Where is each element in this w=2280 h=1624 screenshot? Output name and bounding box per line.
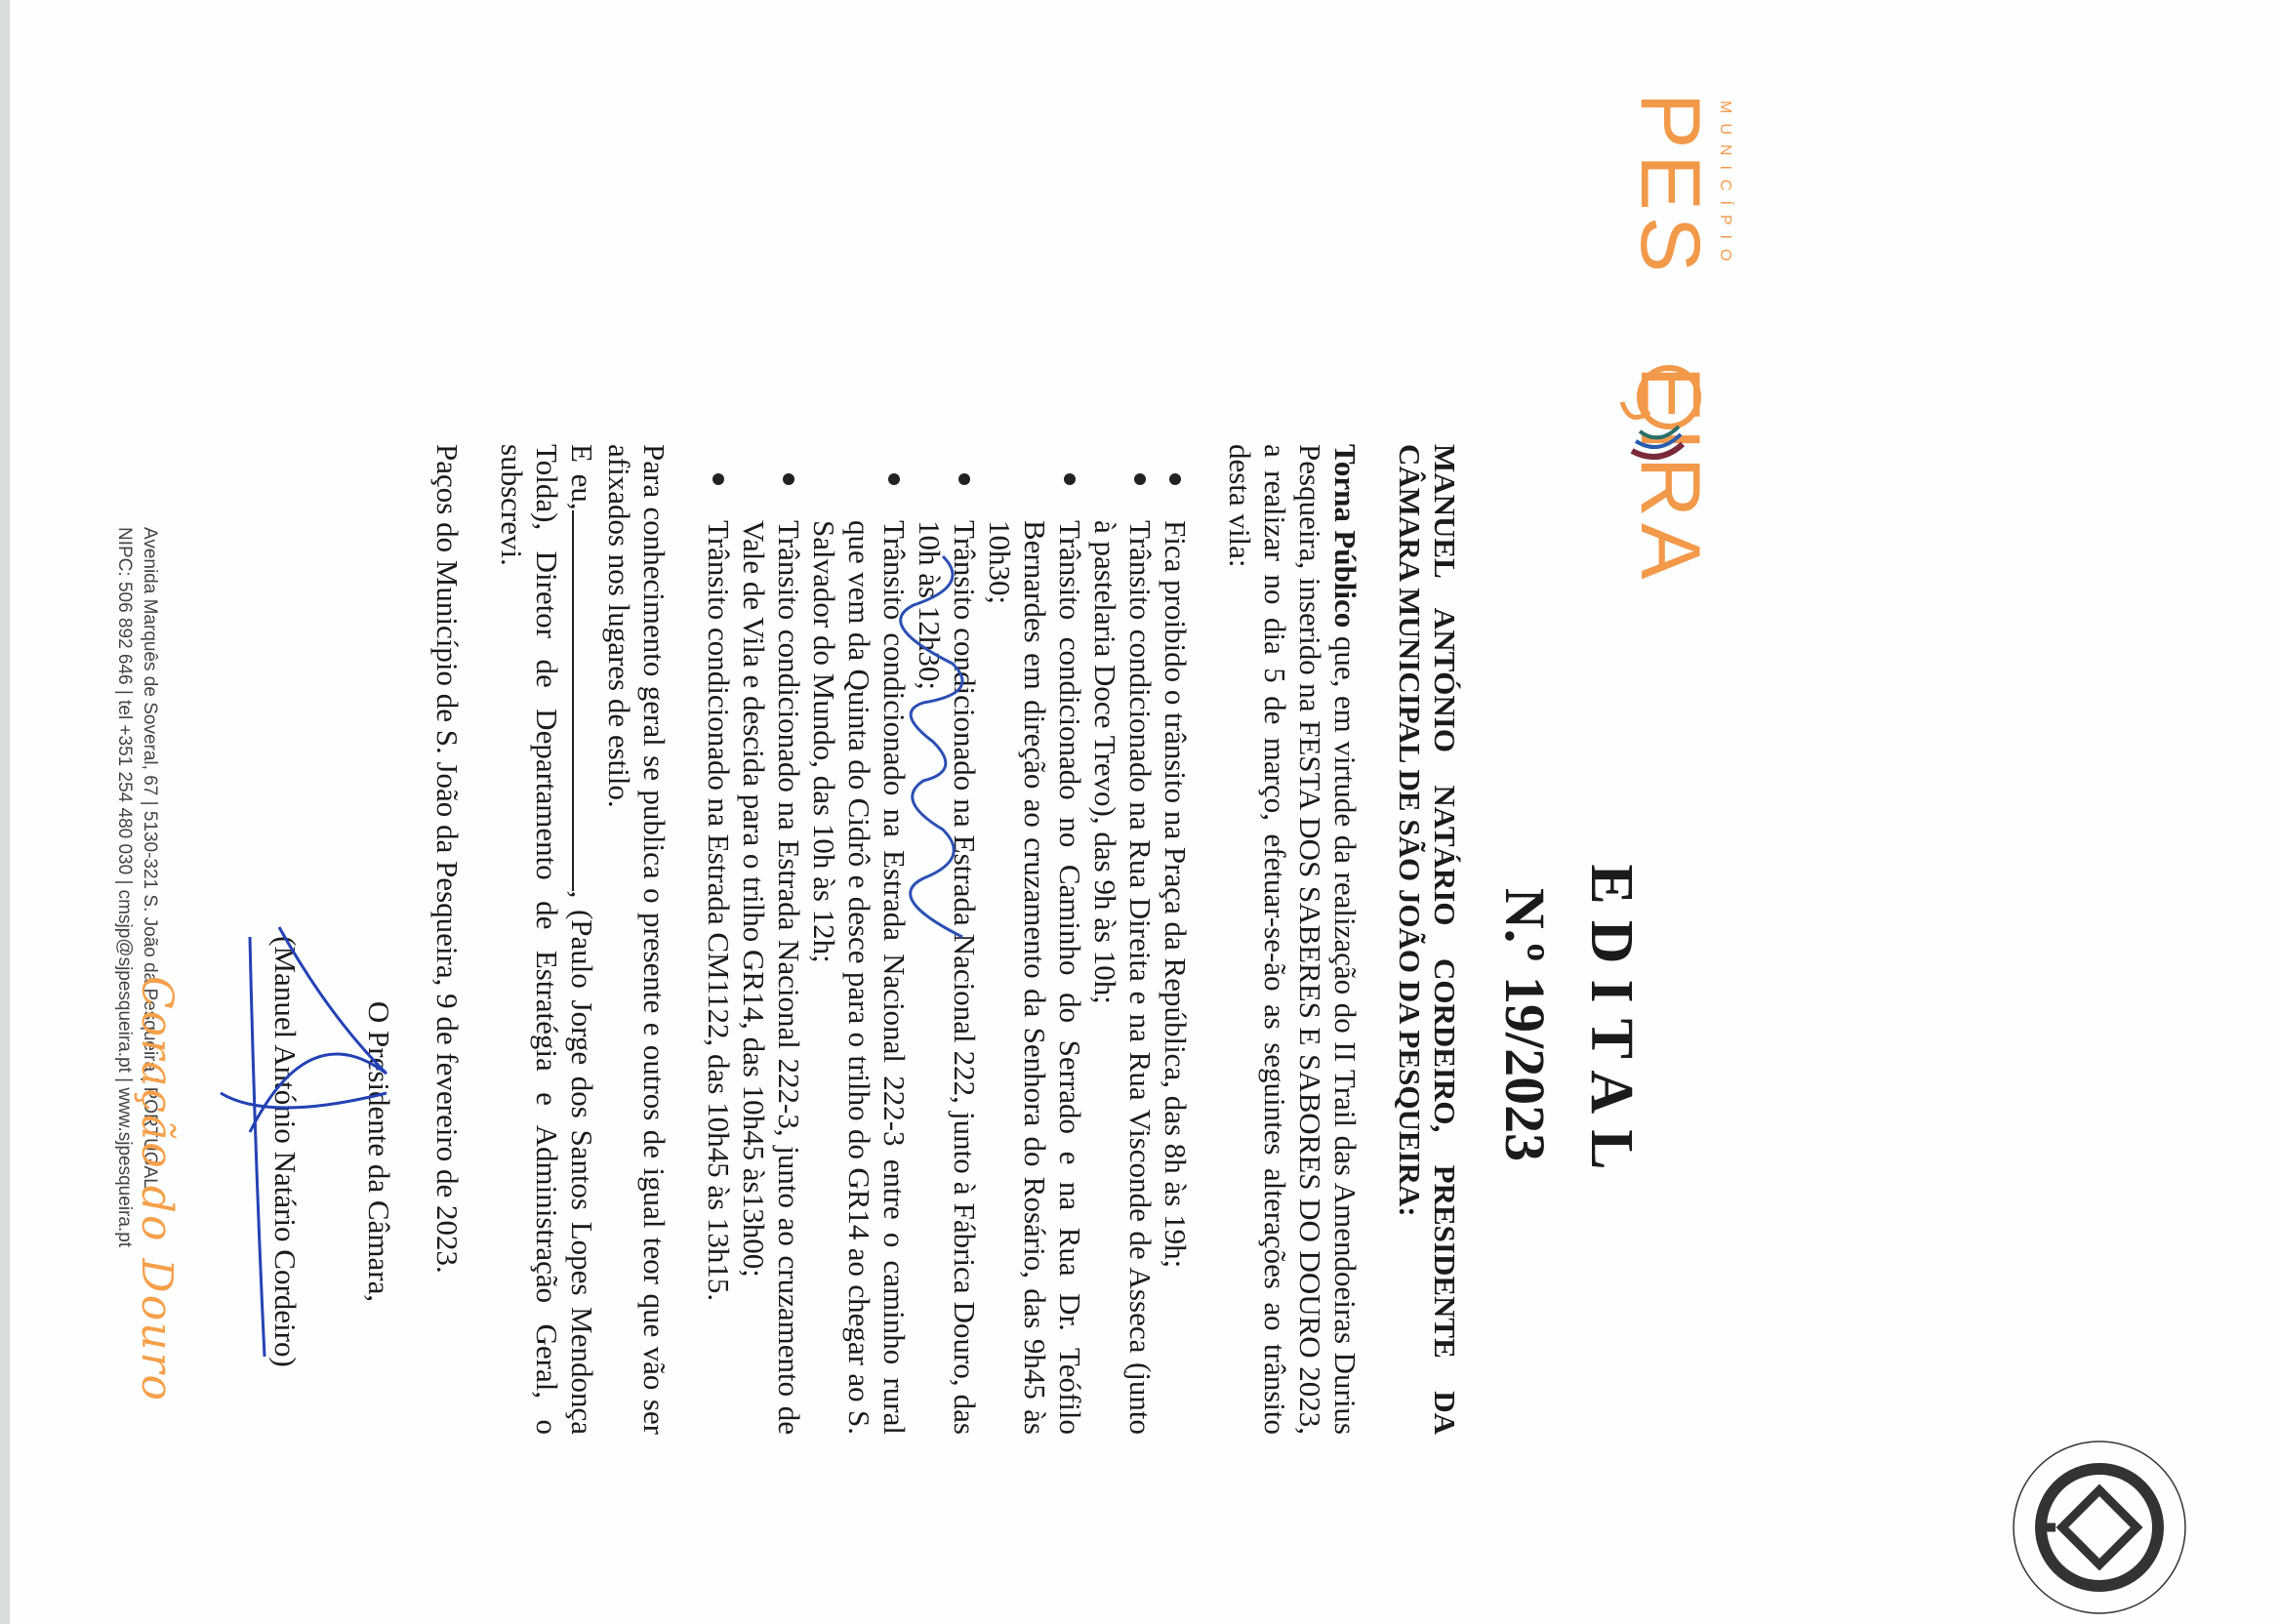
document-title: EDITAL bbox=[1576, 683, 1646, 1366]
list-item: Trânsito condicionado na Rua Direita e n… bbox=[1087, 520, 1158, 1435]
publication-paragraph: Para conhecimento geral se publica o pre… bbox=[601, 444, 672, 1435]
intro-paragraph: Torna Público que, em virtude da realiza… bbox=[1222, 444, 1363, 1435]
list-item: Trânsito condicionado na Estrada Naciona… bbox=[736, 520, 806, 1435]
logo-name: PES EIRA bbox=[1628, 93, 1712, 586]
logo-emblem-icon bbox=[1620, 358, 1708, 466]
world-heritage-seal-icon bbox=[2007, 1435, 2192, 1620]
slogan: Coração do Douro bbox=[132, 976, 182, 1402]
intro-bold: Torna Público bbox=[1328, 444, 1363, 628]
subscribe-prefix: E eu, bbox=[565, 444, 599, 510]
document-number: N.º 19/2023 bbox=[1492, 683, 1558, 1366]
president-signature bbox=[191, 898, 445, 1405]
edital-page: MUNICÍPIO PES EIRA EDITAL N.º 19/2023 MA… bbox=[0, 0, 2280, 1624]
director-signature bbox=[865, 547, 982, 956]
list-item: Trânsito condicionado na Estrada CM1122,… bbox=[701, 520, 736, 1435]
municipality-logo: MUNICÍPIO PES EIRA bbox=[1626, 93, 1733, 600]
list-item: Trânsito condicionado no Caminho do Serr… bbox=[982, 520, 1087, 1435]
list-item: Fica proibido o trânsito na Praça da Rep… bbox=[1158, 520, 1193, 1435]
logo-municipio-label: MUNICÍPIO bbox=[1716, 101, 1733, 270]
subscription-paragraph: E eu,, (Paulo Jorge dos Santos Lopes Men… bbox=[494, 444, 601, 1435]
signature-line bbox=[572, 510, 601, 891]
issuer-heading: MANUEL ANTÓNIO NATÁRIO CORDEIRO, PRESIDE… bbox=[1392, 444, 1462, 1435]
scanned-document-frame: MUNICÍPIO PES EIRA EDITAL N.º 19/2023 MA… bbox=[0, 0, 2280, 1624]
